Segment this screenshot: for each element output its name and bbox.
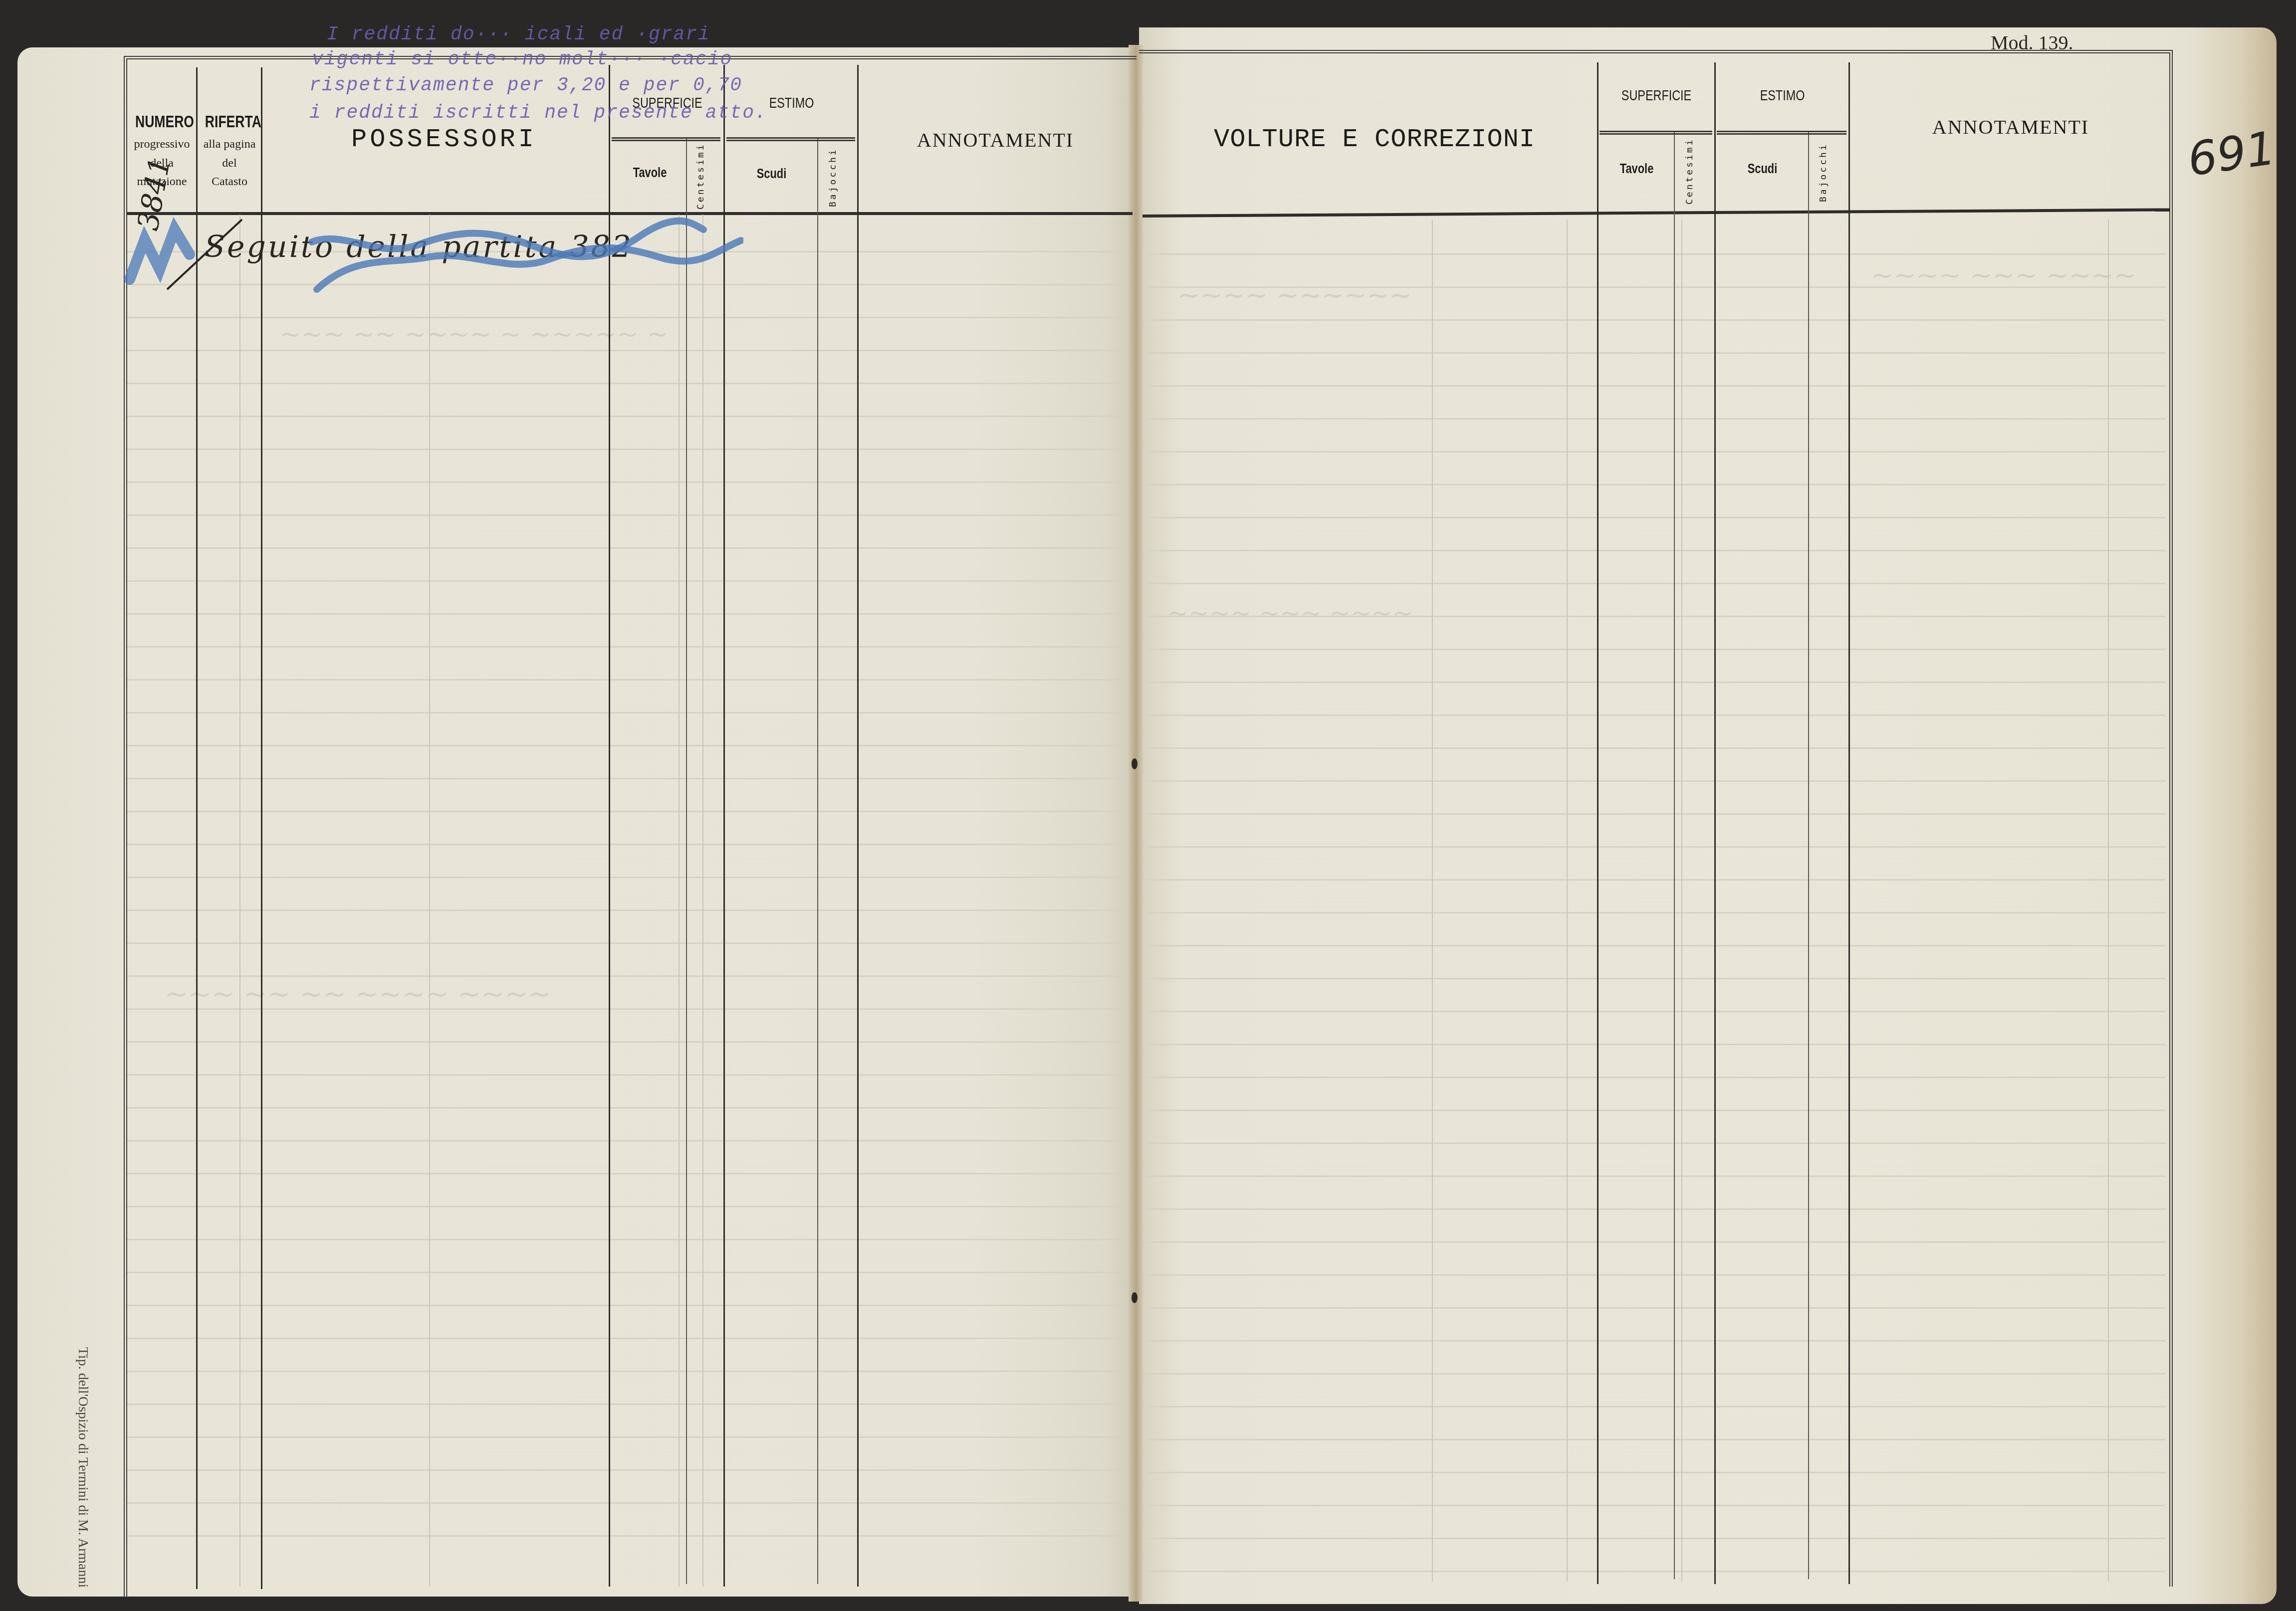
superficie-subheader-rule (1600, 131, 1712, 135)
col-divider (1808, 132, 1809, 1579)
faint-col-line (679, 215, 680, 1587)
printer-credit: Tip. dell'Ospizio di Termini di M. Arman… (75, 1347, 91, 1588)
faint-col-line (1567, 220, 1568, 1582)
header-numero-sub: progressivo (128, 138, 196, 152)
superficie-subheader-rule (612, 137, 720, 141)
stamp-line-4: i redditi iscritti nel presente atto. (309, 102, 767, 124)
header-annotamenti-left: ANNOTAMENTI (861, 129, 1130, 152)
header-numero-title: NUMERO (135, 112, 189, 132)
header-tavole: Tavole (1607, 161, 1665, 177)
header-centesimi: Centesimi (1685, 145, 1702, 205)
right-form-frame (1139, 50, 2173, 1587)
header-superficie: SUPERFICIE (1611, 87, 1701, 105)
faint-col-line (702, 215, 703, 1587)
col-divider (686, 137, 687, 1584)
col-divider (1714, 62, 1716, 1584)
faint-col-line (239, 215, 240, 1587)
col-divider (1848, 62, 1850, 1584)
header-riferta-sub: del (198, 157, 261, 171)
stamp-line-2: vigenti si otte··no molt··· ·cacio (312, 49, 732, 70)
header-riferta-sub: Catasto (198, 175, 261, 189)
stamp-line-1: I redditi do··· icali ed ·grari (327, 24, 710, 45)
header-bajocchi: Bajocchi (828, 152, 845, 207)
estimo-subheader-rule (726, 137, 855, 141)
header-volture-e-correzioni: VOLTURE E CORREZIONI (1162, 125, 1587, 155)
col-divider (1674, 132, 1675, 1579)
faint-col-line (429, 215, 430, 1587)
header-annotamenti-right: ANNOTAMENTI (1851, 116, 2170, 139)
faint-col-line (2108, 220, 2109, 1582)
faint-col-line (1432, 220, 1433, 1582)
header-riferta-title: RIFERTA (205, 112, 254, 132)
blue-strikethrough-icon (120, 210, 743, 309)
stamp-line-3: rispettivamente per 3,20 e per 0,70 (309, 75, 742, 96)
header-estimo: ESTIMO (1731, 87, 1834, 105)
header-riferta: RIFERTA alla pagina del Catasto (198, 112, 261, 189)
header-scudi: Scudi (1727, 161, 1798, 177)
header-centesimi: Centesimi (696, 150, 713, 210)
header-tavole: Tavole (622, 165, 678, 181)
estimo-subheader-rule (1717, 131, 1846, 135)
header-possessori: POSSESSORI (299, 125, 589, 155)
col-divider (857, 65, 859, 1587)
header-riferta-sub: alla pagina (198, 138, 261, 152)
faint-col-line (1681, 220, 1682, 1582)
header-bajocchi: Bajocchi (1819, 147, 1836, 202)
col-divider (817, 137, 818, 1584)
col-divider (1597, 62, 1599, 1584)
header-scudi: Scudi (736, 166, 807, 182)
